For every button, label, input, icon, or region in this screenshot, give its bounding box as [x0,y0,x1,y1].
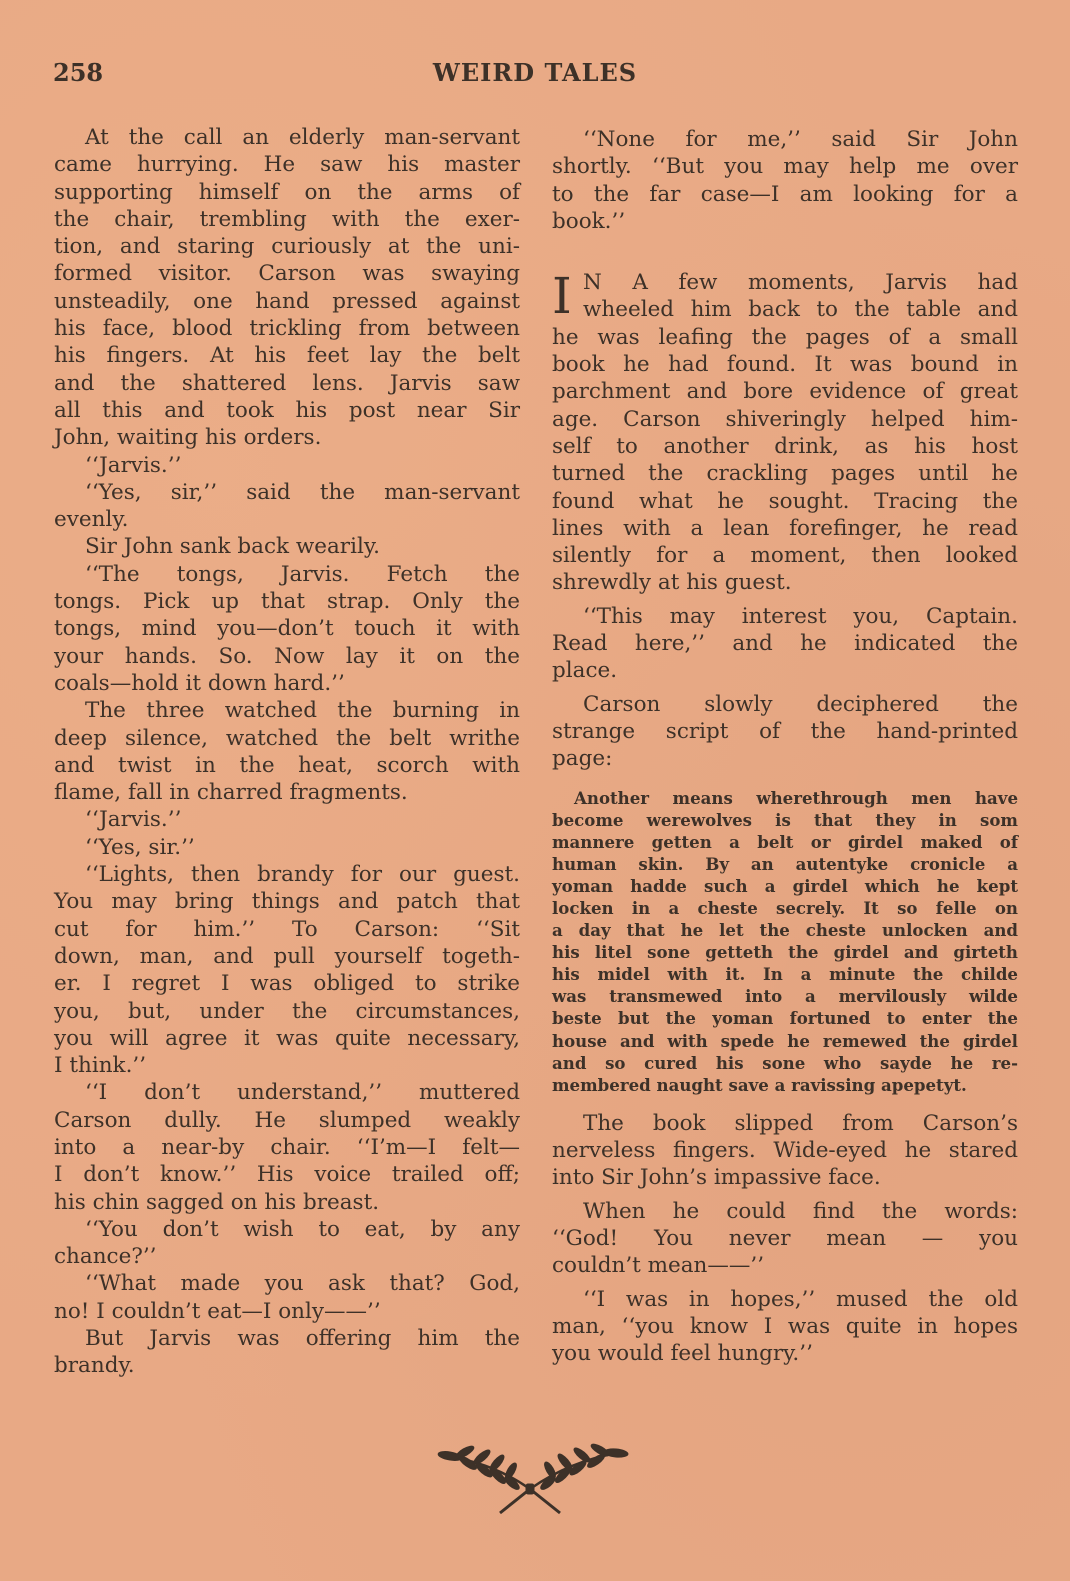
paragraphs-before-quote: ‘‘This may interest you, Captain.Read he… [552,603,1018,773]
text-line: you will agree it was quite necessary, [54,1025,520,1052]
opening-paragraph: ‘‘None for me,’’ said Sir Johnshortly. ‘… [552,126,1018,235]
text-line: to the far case—I am looking for a [552,181,1018,208]
text-line: into Sir John’s impassive face. [552,1164,1018,1191]
text-line: ‘‘Yes, sir.’’ [54,834,520,861]
text-span: few moments, Jarvis had [648,270,1018,295]
paragraph: Sir John sank back wearily. [54,533,520,560]
text-line: But Jarvis was offering him the [54,1325,520,1352]
paragraph: At the call an elderly man-servantcame h… [54,124,520,452]
text-line: brandy. [54,1352,520,1379]
text-line: Carson slowly deciphered the [552,691,1018,718]
paragraph: ‘‘Yes, sir,’’ said the man-servantevenly… [54,479,520,534]
paragraph: ‘‘Jarvis.’’ [54,806,520,833]
text-line: ‘‘Yes, sir,’’ said the man-servant [54,479,520,506]
quote-paragraph: Another means wherethrough men havebecom… [552,787,1018,1096]
paragraph: When he could find the words:‘‘God! You … [552,1198,1018,1280]
text-line: turned the crackling pages until he [552,460,1018,487]
text-line: You may bring things and patch that [54,888,520,915]
text-line: Read here,’’ and he indicated the [552,630,1018,657]
text-line: house and with spede he remewed the gird… [552,1030,1018,1052]
text-line: silently for a moment, then looked [552,542,1018,569]
text-line: ‘‘What made you ask that? God, [54,1270,520,1297]
text-line: ‘‘The tongs, Jarvis. Fetch the [54,561,520,588]
text-line: no! I couldn’t eat—I only——’’ [54,1298,520,1325]
text-line: ‘‘Lights, then brandy for our guest. [54,861,520,888]
paragraphs-after-quote: The book slipped from Carson’snerveless … [552,1110,1018,1368]
text-line: his midel with it. In a minute the child… [552,963,1018,985]
paragraph: The three watched the burning indeep sil… [54,697,520,806]
text-line: nerveless fingers. Wide-eyed he stared [552,1137,1018,1164]
text-line: he was leafing the pages of a small [552,324,1018,351]
paragraph: ‘‘What made you ask that? God,no! I coul… [54,1270,520,1325]
text-line: formed visitor. Carson was swaying [54,260,520,287]
paragraph: ‘‘None for me,’’ said Sir Johnshortly. ‘… [552,126,1018,235]
quoted-manuscript-text: Another means wherethrough men havebecom… [552,787,1018,1096]
paragraph: ‘‘Yes, sir.’’ [54,834,520,861]
text-line: Carson dully. He slumped weakly [54,1107,520,1134]
text-line: a day that he let the cheste unlocken an… [552,919,1018,941]
text-line: flame, fall in charred fragments. [54,779,520,806]
text-line: ‘‘You don’t wish to eat, by any [54,1216,520,1243]
text-line: came hurrying. He saw his master [54,151,520,178]
paragraph: ‘‘I don’t understand,’’ mutteredCarson d… [54,1079,520,1215]
paragraph: Carson slowly deciphered thestrange scri… [552,691,1018,773]
paragraph: ‘‘The tongs, Jarvis. Fetch thetongs. Pic… [54,561,520,697]
text-line: evenly. [54,506,520,533]
paragraph: ‘‘You don’t wish to eat, by anychance?’’ [54,1216,520,1271]
paragraph: ‘‘Jarvis.’’ [54,452,520,479]
text-line: shrewdly at his guest. [552,569,1018,596]
text-line: was transmewed into a mervilously wilde [552,985,1018,1007]
running-header: 258 WEIRD TALES [53,58,1017,94]
right-column: ‘‘None for me,’’ said Sir Johnshortly. ‘… [552,126,1018,1368]
text-line: The book slipped from Carson’s [552,1110,1018,1137]
drop-cap: I [552,271,572,321]
text-line: cut for him.’’ To Carson: ‘‘Sit [54,916,520,943]
text-line: chance?’’ [54,1243,520,1270]
text-line: N A few moments, Jarvis had [552,269,1018,296]
text-line: lines with a lean forefinger, he read [552,515,1018,542]
text-line: ‘‘I was in hopes,’’ mused the old [552,1286,1018,1313]
text-line: ‘‘God! You never mean — you [552,1225,1018,1252]
text-line: and the shattered lens. Jarvis saw [54,370,520,397]
text-line: Another means wherethrough men have [552,787,1018,809]
text-line: his litel sone getteth the girdel and gi… [552,941,1018,963]
text-line: ‘‘I don’t understand,’’ muttered [54,1079,520,1106]
text-line: found what he sought. Tracing the [552,488,1018,515]
paragraph: ‘‘Lights, then brandy for our guest.You … [54,861,520,1079]
text-line: coals—hold it down hard.’’ [54,670,520,697]
text-line: page: [552,745,1018,772]
text-line: When he could find the words: [552,1198,1018,1225]
text-line: tongs. Pick up that strap. Only the [54,588,520,615]
text-line: into a near-by chair. ‘‘I’m—I felt— [54,1134,520,1161]
text-line: beste but the yoman fortuned to enter th… [552,1007,1018,1029]
paragraph: ‘‘I was in hopes,’’ mused the oldman, ‘‘… [552,1286,1018,1368]
text-line: and so cured his sone who sayde he re- [552,1052,1018,1074]
text-line: become werewolves is that they in som [552,809,1018,831]
text-line: John, waiting his orders. [54,424,520,451]
text-line: shortly. ‘‘But you may help me over [552,153,1018,180]
text-line: Sir John sank back wearily. [54,533,520,560]
magazine-title: WEIRD TALES [53,58,1017,87]
paragraph: The book slipped from Carson’snerveless … [552,1110,1018,1192]
text-line: down, man, and pull yourself togeth- [54,943,520,970]
text-line: his chin sagged on his breast. [54,1189,520,1216]
text-line: membered naught save a ravissing apepety… [552,1074,1018,1096]
text-line: you would feel hungry.’’ [552,1340,1018,1367]
text-line: unsteadily, one hand pressed against [54,288,520,315]
text-line: At the call an elderly man-servant [54,124,520,151]
text-line: place. [552,657,1018,684]
text-line: self to another drink, as his host [552,433,1018,460]
text-line: ‘‘None for me,’’ said Sir John [552,126,1018,153]
text-line: book he had found. It was bound in [552,351,1018,378]
text-line: all this and took his post near Sir [54,397,520,424]
text-line: book.’’ [552,208,1018,235]
text-line: age. Carson shiveringly helped him- [552,406,1018,433]
text-line: deep silence, watched the belt writhe [54,725,520,752]
laurel-branches-icon [430,1441,630,1516]
text-line: ‘‘Jarvis.’’ [54,806,520,833]
text-line: parchment and bore evidence of great [552,378,1018,405]
text-line: tion, and staring curiously at the uni- [54,233,520,260]
small-caps-lead: N A [583,270,648,295]
paragraph: But Jarvis was offering him thebrandy. [54,1325,520,1380]
text-line: tongs, mind you—don’t touch it with [54,615,520,642]
text-line: locken in a cheste secrely. It so felle … [552,897,1018,919]
text-line: your hands. So. Now lay it on the [54,643,520,670]
text-line: I think.’’ [54,1052,520,1079]
text-line: I don’t know.’’ His voice trailed off; [54,1161,520,1188]
text-line: man, ‘‘you know I was quite in hopes [552,1313,1018,1340]
paragraph: ‘‘This may interest you, Captain.Read he… [552,603,1018,685]
text-line: ‘‘Jarvis.’’ [54,452,520,479]
text-line: couldn’t mean——’’ [552,1252,1018,1279]
text-line: mannere getten a belt or girdel maked of [552,831,1018,853]
text-line: you, but, under the circumstances, [54,998,520,1025]
text-line: The three watched the burning in [54,697,520,724]
section-start-paragraph: I N A few moments, Jarvis hadwheeled him… [552,269,1018,597]
text-line: supporting himself on the arms of [54,179,520,206]
text-line: er. I regret I was obliged to strike [54,970,520,997]
text-line: and twist in the heat, scorch with [54,752,520,779]
text-line: yoman hadde such a girdel which he kept [552,875,1018,897]
text-line: his face, blood trickling from between [54,315,520,342]
text-line: ‘‘This may interest you, Captain. [552,603,1018,630]
text-line: human skin. By an autentyke cronicle a [552,853,1018,875]
text-line: his fingers. At his feet lay the belt [54,342,520,369]
text-line: the chair, trembling with the exer- [54,206,520,233]
text-line: strange script of the hand-printed [552,718,1018,745]
left-column: At the call an elderly man-servantcame h… [54,124,520,1380]
text-line: wheeled him back to the table and [552,296,1018,323]
